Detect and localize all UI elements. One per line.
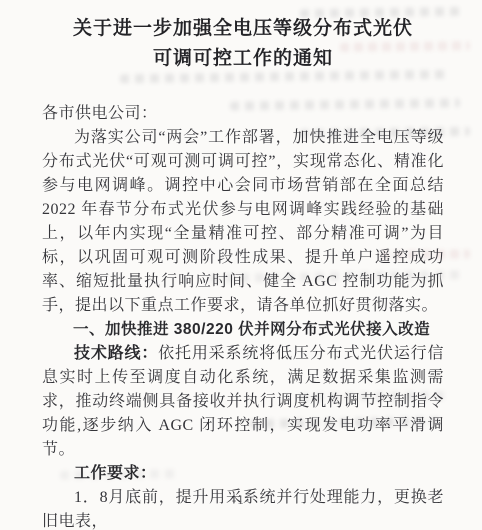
section-1-heading: 一、加快推进 380/220 伏并网分布式光伏接入改造: [42, 318, 444, 342]
paragraph-intro: 为落实公司“两会”工作部署，加快推进全电压等级分布式光伏“可观可测可调可控”，实…: [42, 126, 444, 318]
document-title-line-2: 可调可控工作的通知: [153, 48, 333, 69]
paragraph-tech-route: 技术路线：依托用采系统将低压分布式光伏运行信息实时上传至调度自动化系统，满足数据…: [42, 342, 444, 462]
tech-route-label: 技术路线：: [74, 345, 158, 362]
scanned-notice-page: 关于进一步加强全电压等级分布式光伏可调可控工作的通知 各市供电公司： 为落实公司…: [0, 0, 482, 530]
document-title-line-1: 关于进一步加强全电压等级分布式光伏: [73, 18, 413, 39]
work-requirements-label: 工作要求：: [42, 462, 444, 486]
document-title: 关于进一步加强全电压等级分布式光伏可调可控工作的通知: [42, 14, 444, 74]
page-number: -1-: [0, 492, 482, 508]
document-content: 关于进一步加强全电压等级分布式光伏可调可控工作的通知 各市供电公司： 为落实公司…: [0, 0, 482, 530]
salutation: 各市供电公司：: [42, 102, 444, 126]
